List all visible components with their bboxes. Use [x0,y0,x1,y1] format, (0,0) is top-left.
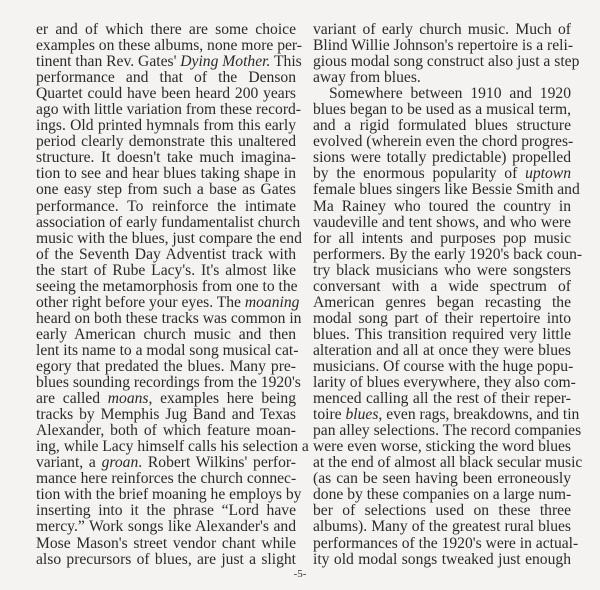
text-line: one easy step from such a base as Gates [36,182,296,198]
text-line: lent its name to a modal song musical ca… [36,343,296,359]
left-text-column: er and of which there are some choiceexa… [36,22,296,568]
text-line: away from blues. [313,70,571,86]
text-line: evolved (wherein even the chord progres- [313,134,571,150]
text-line: are called moans, examples here being [36,391,296,407]
text-line: female blues singers like Bessie Smith a… [313,182,571,198]
text-line: performance and that of the Denson [36,70,296,86]
text-line: Somewhere between 1910 and 1920 [313,86,571,102]
text-line: done by these companies on a large num- [313,487,571,503]
text-line: the start of Rube Lacy's. It's almost li… [36,263,296,279]
text-line: menced calling all the rest of their rep… [313,391,571,407]
text-line: modal song part of their repertoire into [313,311,571,327]
text-line: by the enormous popularity of uptown [313,166,571,182]
text-line: Alexander, both of which feature moan- [36,423,296,439]
text-line: music with the blues, just compare the e… [36,231,296,247]
text-line: tracks by Memphis Jug Band and Texas [36,407,296,423]
text-line: (as can be seen having been erroneously [313,471,571,487]
text-line: ings. Old printed hymnals from this earl… [36,118,296,134]
text-line: blues began to be used as a musical term… [313,102,571,118]
text-line: mercy.” Work songs like Alexander's and [36,519,296,535]
text-line: tion with the brief moaning he employs b… [36,487,296,503]
text-line: heard on both these tracks was common in [36,311,296,327]
text-line: tion to see and hear blues taking shape … [36,166,296,182]
text-line: performance. To reinforce the intimate [36,199,296,215]
text-line: ity old modal songs tweaked just enough [313,552,571,568]
text-line: tinent than Rev. Gates' Dying Mother. Th… [36,54,296,70]
text-line: alteration and all at once they were blu… [313,343,571,359]
text-line: conversant with a wide spectrum of [313,279,571,295]
text-line: of the Seventh Day Adventist track with [36,247,296,263]
text-line: sions were totally predictable) propelle… [313,150,571,166]
text-line: ago with little variation from these rec… [36,102,296,118]
text-line: ing, while Lacy himself calls his select… [36,439,296,455]
text-line: albums). Many of the greatest rural blue… [313,519,571,535]
text-line: and a rigid formulated blues structure [313,118,571,134]
text-line: Mose Mason's street vendor chant while [36,536,296,552]
text-line: variant of early church music. Much of [313,22,571,38]
text-line: early American church music and then [36,327,296,343]
right-text-column: variant of early church music. Much ofBl… [313,22,571,568]
page-number: -5- [0,568,600,580]
text-line: blues. This transition required very lit… [313,327,571,343]
text-line: pan alley selections. The record compani… [313,423,571,439]
text-line: at the end of almost all black secular m… [313,455,571,471]
text-line: inserting into it the phrase “Lord have [36,503,296,519]
text-line: performances of the 1920's were in actua… [313,536,571,552]
text-line: gious modal song construct also just a s… [313,54,571,70]
text-line: egory that predated the blues. Many pre- [36,359,296,375]
text-line: period clearly demonstrate this unaltere… [36,134,296,150]
text-line: examples on these albums, none more per- [36,38,296,54]
text-line: performers. By the early 1920's back cou… [313,247,571,263]
text-line: mance here reinforces the church connec- [36,471,296,487]
text-line: were even worse, sticking the word blues [313,439,571,455]
text-line: toire blues, even rags, breakdowns, and … [313,407,571,423]
text-line: association of early fundamentalist chur… [36,215,296,231]
text-line: Ma Rainey who toured the country in [313,199,571,215]
text-line: structure. It doesn't take much imagina- [36,150,296,166]
text-line: try black musicians who were songsters [313,263,571,279]
text-line: Blind Willie Johnson's repertoire is a r… [313,38,571,54]
text-line: ber of selections used on these three [313,503,571,519]
text-line: for all intents and purposes pop music [313,231,571,247]
text-line: musicians. Of course with the huge popu- [313,359,571,375]
text-line: also precursors of blues, are just a sli… [36,552,296,568]
text-line: variant, a groan. Robert Wilkins' perfor… [36,455,296,471]
text-line: er and of which there are some choice [36,22,296,38]
text-line: blues sounding recordings from the 1920'… [36,375,296,391]
text-line: other right before your eyes. The moanin… [36,295,296,311]
text-line: American genres began recasting the [313,295,571,311]
text-line: seeing the metamorphosis from one to the [36,279,296,295]
text-line: larity of blues everywhere, they also co… [313,375,571,391]
text-line: Quartet could have been heard 200 years [36,86,296,102]
text-line: vaudeville and tent shows, and who were [313,215,571,231]
